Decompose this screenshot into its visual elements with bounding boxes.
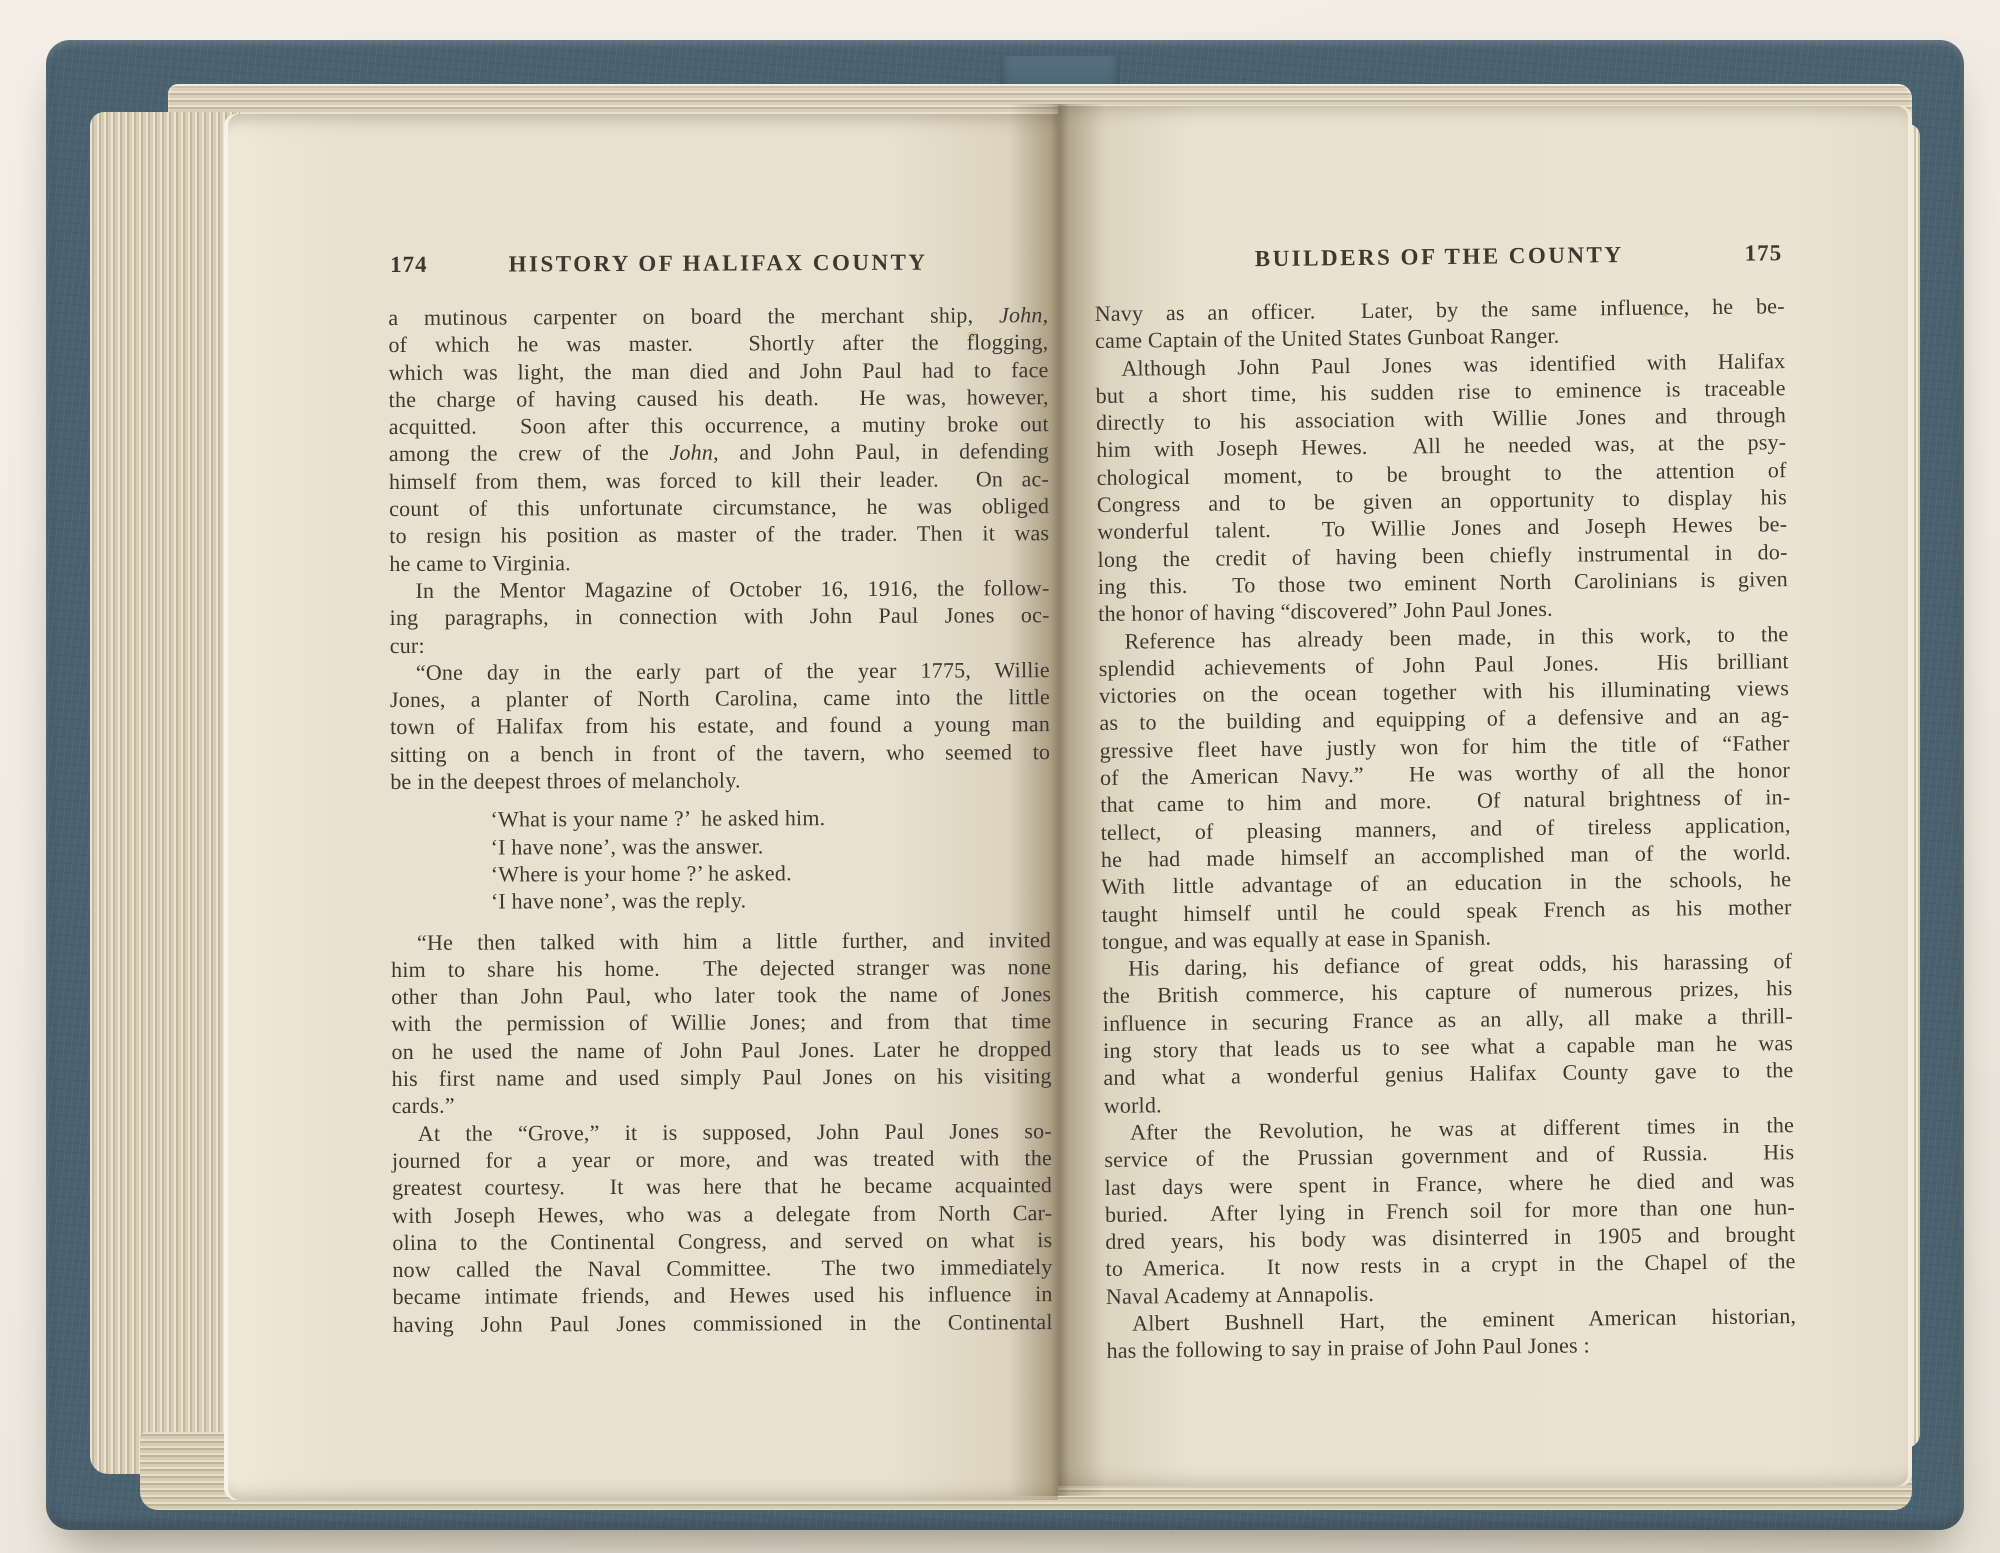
text-line: ‘I have none’, was the reply. bbox=[491, 885, 1051, 915]
right-page-text-column: BUILDERS OF THE COUNTY 175 Navy as an of… bbox=[1094, 238, 1797, 1364]
paragraph: ‘What is your name ?’ he asked him.‘I ha… bbox=[490, 803, 1050, 915]
paragraph: “One day in the early part of the year 1… bbox=[390, 656, 1051, 795]
paragraph: a mutinous carpenter on board the mercha… bbox=[388, 301, 1049, 577]
text-line: now called the Naval Committee. The two … bbox=[392, 1253, 1052, 1283]
text-line: among the crew of the John, and John Pau… bbox=[389, 438, 1049, 468]
text-line: ‘Where is your home ?’ he asked. bbox=[491, 858, 1051, 888]
text-line: town of Halifax from his estate, and fou… bbox=[390, 711, 1050, 741]
right-page-number: 175 bbox=[1744, 238, 1782, 268]
right-running-head: BUILDERS OF THE COUNTY 175 bbox=[1094, 238, 1784, 276]
paragraph: After the Revolution, he was at differen… bbox=[1104, 1111, 1796, 1310]
left-page-text-column: 174 HISTORY OF HALIFAX COUNTY a mutinous… bbox=[388, 247, 1053, 1338]
text-line: having John Paul Jones commissioned in t… bbox=[393, 1308, 1053, 1338]
right-page-body-text: Navy as an officer. Later, by the same i… bbox=[1095, 292, 1797, 1364]
paragraph: At the “Grove,” it is supposed, John Pau… bbox=[392, 1117, 1053, 1338]
text-line: other than John Paul, who later took the… bbox=[391, 980, 1051, 1010]
text-line: to resign his position as master of the … bbox=[389, 519, 1049, 549]
left-page-body-text: a mutinous carpenter on board the mercha… bbox=[388, 301, 1053, 1338]
paragraph: Reference has already been made, in this… bbox=[1098, 620, 1792, 955]
paragraph: “He then talked with him a little furthe… bbox=[391, 926, 1052, 1120]
text-line: acquitted. Soon after this occurrence, a… bbox=[389, 410, 1049, 440]
text-line: At the “Grove,” it is supposed, John Pau… bbox=[392, 1117, 1052, 1147]
text-line: sitting on a bench in front of the taver… bbox=[390, 738, 1050, 768]
text-line: greatest courtesy. It was here that he b… bbox=[392, 1171, 1052, 1201]
photo-background: 174 HISTORY OF HALIFAX COUNTY a mutinous… bbox=[0, 0, 2000, 1553]
text-line: “He then talked with him a little furthe… bbox=[391, 926, 1051, 956]
text-line: his first name and used simply Paul Jone… bbox=[392, 1062, 1052, 1092]
text-line: he came to Virginia. bbox=[389, 547, 1049, 577]
text-line: cur: bbox=[390, 629, 1050, 659]
text-line: the charge of having caused his death. H… bbox=[389, 383, 1049, 413]
text-line: count of this unfortunate circumstance, … bbox=[389, 492, 1049, 522]
text-line: journed for a year or more, and was trea… bbox=[392, 1144, 1052, 1174]
text-line: of which he was master. Shortly after th… bbox=[388, 328, 1048, 358]
text-line: ‘I have none’, was the answer. bbox=[491, 831, 1051, 861]
paragraph: Albert Bushnell Hart, the eminent Americ… bbox=[1106, 1302, 1797, 1364]
text-line: himself from them, was forced to kill th… bbox=[389, 465, 1049, 495]
text-line: olina to the Continental Congress, and s… bbox=[392, 1226, 1052, 1256]
text-line: In the Mentor Magazine of October 16, 19… bbox=[389, 574, 1049, 604]
text-line: Jones, a planter of North Carolina, came… bbox=[390, 683, 1050, 713]
text-line: a mutinous carpenter on board the mercha… bbox=[388, 301, 1048, 331]
text-line: with the permission of Willie Jones; and… bbox=[391, 1008, 1051, 1038]
text-line: ing paragraphs, in connection with John … bbox=[390, 601, 1050, 631]
paragraph: Navy as an officer. Later, by the same i… bbox=[1095, 292, 1786, 354]
text-line: cards.” bbox=[392, 1089, 1052, 1119]
text-line: be in the deepest throes of melancholy. bbox=[390, 765, 1050, 795]
left-running-header-title: HISTORY OF HALIFAX COUNTY bbox=[388, 247, 1048, 280]
text-line: became intimate friends, and Hewes used … bbox=[393, 1281, 1053, 1311]
text-line: on he used the name of John Paul Jones. … bbox=[391, 1035, 1051, 1065]
paragraph: His daring, his defiance of great odds, … bbox=[1102, 947, 1794, 1119]
text-line: with Joseph Hewes, who was a delegate fr… bbox=[392, 1199, 1052, 1229]
text-line: ‘What is your name ?’ he asked him. bbox=[490, 803, 1050, 833]
left-running-head: 174 HISTORY OF HALIFAX COUNTY bbox=[388, 247, 1048, 280]
text-line: him to share his home. The dejected stra… bbox=[391, 953, 1051, 983]
text-line: “One day in the early part of the year 1… bbox=[390, 656, 1050, 686]
paragraph: Although John Paul Jones was identified … bbox=[1095, 347, 1788, 628]
paragraph: In the Mentor Magazine of October 16, 19… bbox=[389, 574, 1049, 659]
text-line: which was light, the man died and John P… bbox=[388, 356, 1048, 386]
right-running-header-title: BUILDERS OF THE COUNTY bbox=[1094, 238, 1784, 276]
page-edge-stack-left bbox=[90, 112, 240, 1474]
